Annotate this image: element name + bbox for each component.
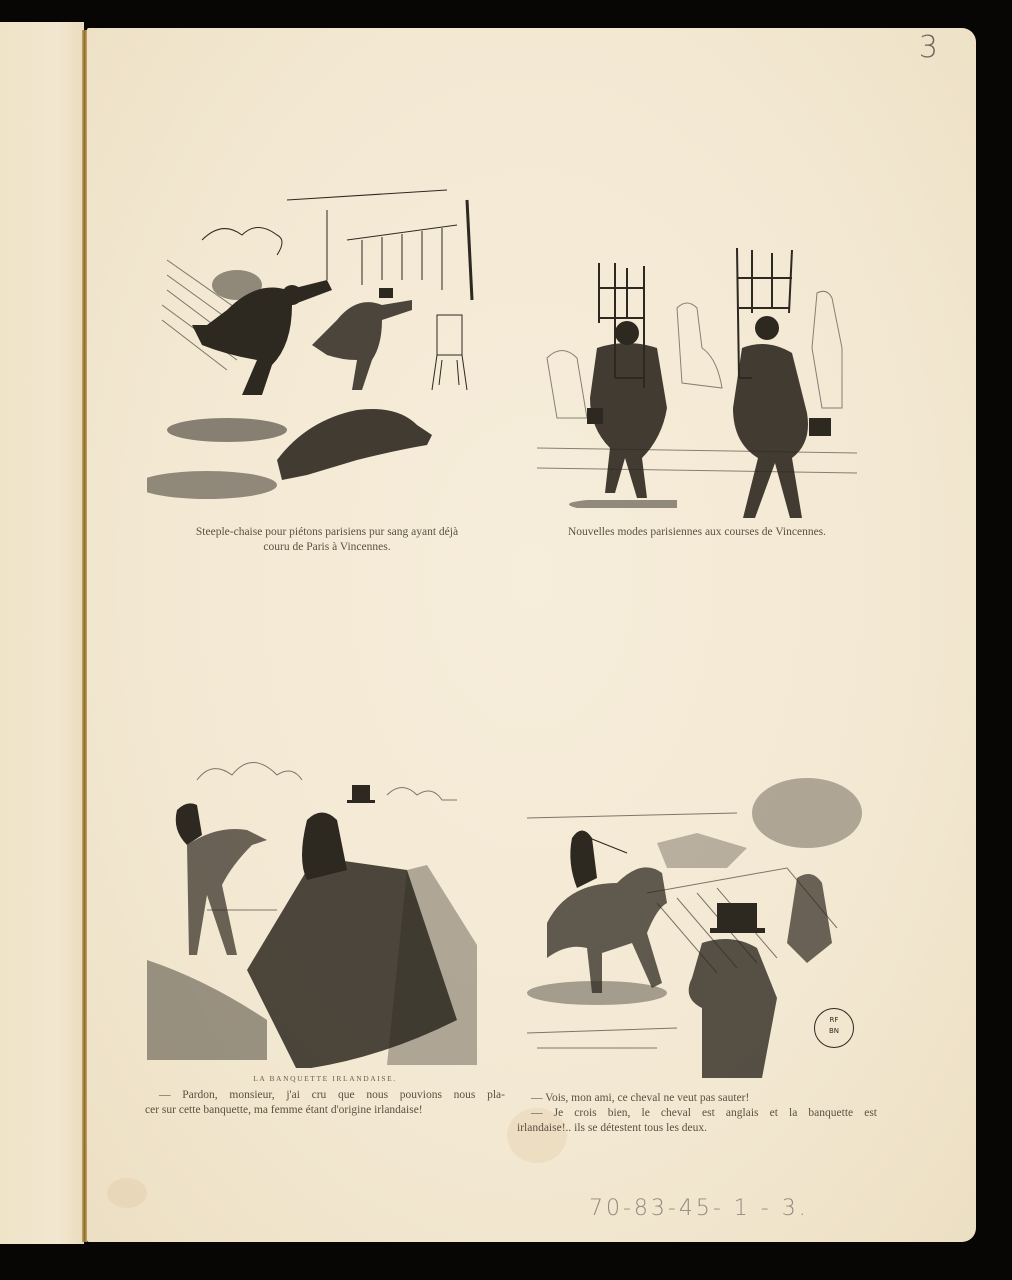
caption-line: cer sur cette banquette, ma femme étant … — [145, 1103, 505, 1118]
caption-cheval-anglais: — Vois, mon ami, ce cheval ne veut pas s… — [517, 1091, 877, 1136]
engraving-runners — [147, 180, 497, 510]
stamp-line: RF — [815, 1015, 853, 1026]
page-number: 3 — [919, 30, 938, 65]
foxing-stain — [107, 1178, 147, 1208]
caption-line: — Je crois bien, le cheval est anglais e… — [517, 1106, 877, 1121]
caption-line: Nouvelles modes parisiennes aux courses … — [517, 525, 877, 540]
caption-nouvelles-modes: Nouvelles modes parisiennes aux courses … — [517, 525, 877, 540]
engraving-couple-on-bank — [147, 750, 497, 1068]
illustration-steeple-chaise — [147, 180, 497, 510]
illustration-nouvelles-modes — [527, 228, 867, 538]
caption-line: — Vois, mon ami, ce cheval ne veut pas s… — [517, 1091, 877, 1106]
caption-banquette-irlandaise: LA BANQUETTE IRLANDAISE. — Pardon, monsi… — [145, 1071, 505, 1118]
illustration-cheval-anglais — [517, 763, 867, 1088]
engraving-chair-carriers — [527, 228, 867, 538]
caption-line: couru de Paris à Vincennes. — [147, 540, 507, 555]
caption-line: Steeple-chaise pour piétons parisiens pu… — [147, 525, 507, 540]
book-page: 3 — [87, 28, 976, 1242]
caption-steeple-chaise: Steeple-chaise pour piétons parisiens pu… — [147, 525, 507, 555]
caption-line: — Pardon, monsieur, j'ai cru que nous po… — [145, 1088, 505, 1103]
library-stamp: RF BN — [814, 1008, 854, 1048]
engraving-refusing-horse — [517, 763, 867, 1088]
inventory-number: 70-83-45- 1 - 3. — [589, 1196, 809, 1221]
stamp-line: BN — [815, 1026, 853, 1037]
caption-title: LA BANQUETTE IRLANDAISE. — [145, 1071, 505, 1086]
illustration-banquette-irlandaise — [147, 750, 497, 1068]
caption-line: irlandaise!.. ils se détestent tous les … — [517, 1121, 877, 1136]
facing-page-edge — [0, 22, 84, 1244]
